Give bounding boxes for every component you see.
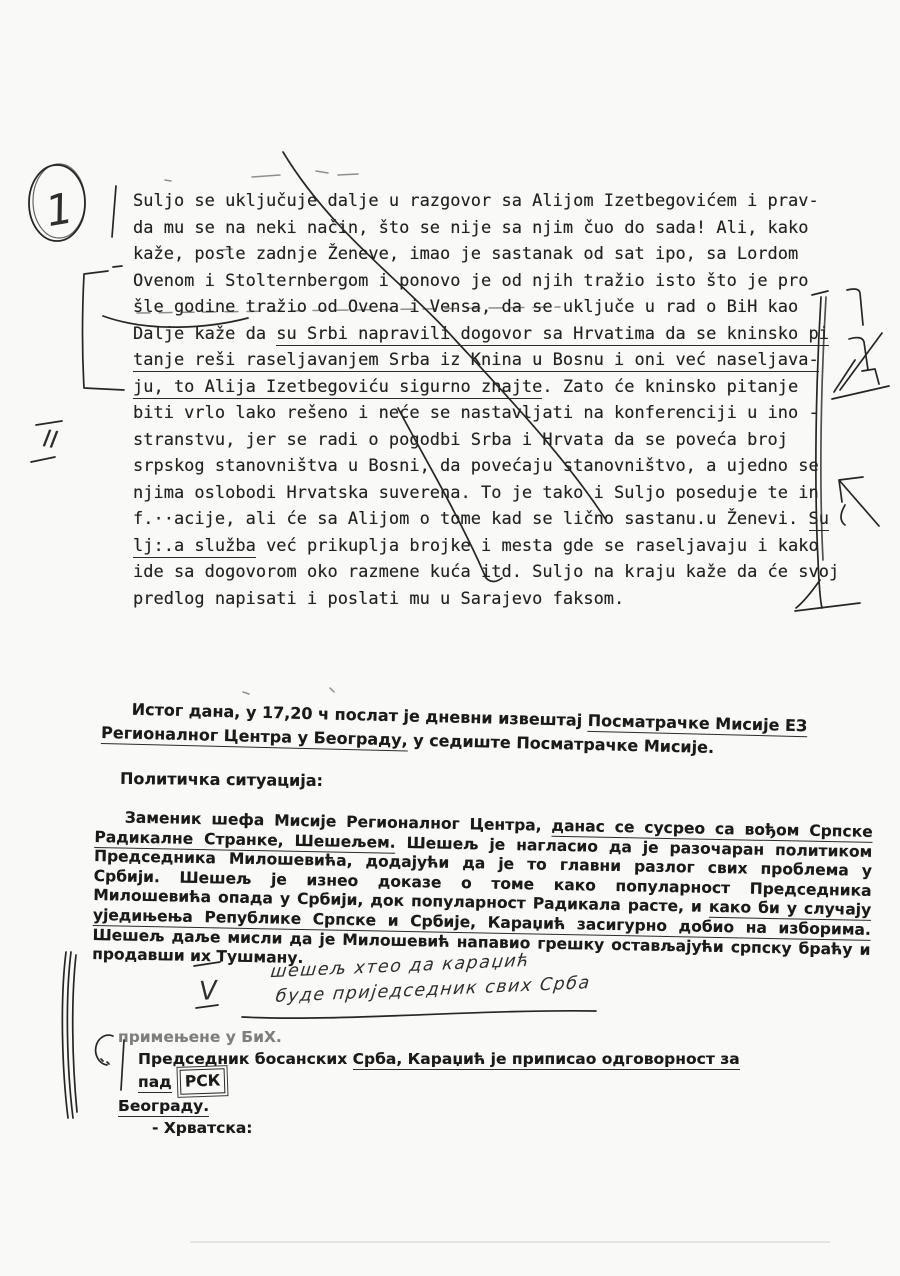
text-segment: su Srbi napravili dogovor sa Hrvatima da… — [276, 324, 829, 346]
margin-tick — [112, 186, 116, 237]
text-line: šle godine tražio od Ovena i Vensa, da s… — [133, 294, 878, 321]
text-line: srpskog stanovništva u Bosni, da povećaj… — [133, 453, 878, 480]
margin-numeral-II-strokes — [31, 421, 62, 462]
text-line: Ovenom i Stolternbergom i ponovo je od n… — [133, 268, 878, 295]
text-segment: kaže, posle zadnje Ženeve, imao je sasta… — [133, 244, 798, 264]
text-line: njima oslobodi Hrvatska suverena. To je … — [133, 480, 878, 507]
text-segment: f.··acije, ali će sa Alijom o tome kad s… — [133, 509, 809, 529]
text-segment: Председник босанских — [138, 1050, 353, 1068]
boxed-text: РСК — [179, 1068, 225, 1095]
text-line: Dalje kaže da su Srbi napravili dogovor … — [133, 321, 878, 348]
bottom-section: примењене у БиХ.Председник босанских Срб… — [118, 1026, 778, 1139]
text-segment: ide sa dogovorom oko razmene kuća itd. S… — [133, 562, 839, 582]
text-segment: biti vrlo lako rešeno i neće se nastavlj… — [133, 403, 819, 423]
text-segment: srpskog stanovništva u Bosni, da povećaj… — [133, 456, 819, 476]
text-line: stranstvu, jer se radi o pogodbi Srba i … — [133, 427, 878, 454]
page-number-text: 1 — [42, 183, 77, 236]
text-segment: - Хрватска: — [152, 1119, 253, 1137]
text-line: kaže, posle zadnje Ženeve, imao je sasta… — [133, 241, 878, 268]
text-line: ide sa dogovorom oko razmene kuća itd. S… — [133, 559, 878, 586]
daily-report-header: Истог дана, у 17,20 ч послат је дневни и… — [101, 697, 812, 762]
scanned-document-page: Suljo se uključuje dalje u razgovor sa A… — [0, 0, 900, 1276]
margin-numeral-V-strokes — [194, 962, 220, 1008]
text-segment: tanje reši raseljavanjem Srba iz Knina u… — [133, 350, 819, 372]
text-line: Председник босанских Срба, Караџић је пр… — [118, 1048, 778, 1095]
text-segment: predlog napisati i poslati mu u Sarajevo… — [133, 589, 624, 609]
text-segment: već prikuplja brojke i mesta gde se rase… — [256, 536, 819, 556]
text-segment: примењене у БиХ. — [118, 1028, 282, 1046]
text-segment: Su — [809, 509, 829, 531]
circle-around-page-number-second-stroke — [33, 164, 85, 238]
typed-report-block: Suljo se uključuje dalje u razgovor sa A… — [133, 188, 878, 612]
text-segment: Ovenom i Stolternbergom i ponovo je od n… — [133, 271, 809, 291]
text-segment: njima oslobodi Hrvatska suverena. To je … — [133, 483, 819, 503]
text-line: ju, to Alija Izetbegoviću sigurno znajte… — [133, 374, 878, 401]
text-segment: da mu se na neki način, što se nije sa n… — [133, 218, 809, 238]
scan-smudge-line — [190, 1241, 830, 1243]
text-line: da mu se na neki način, što se nije sa n… — [133, 215, 878, 242]
left-bracket — [83, 266, 125, 390]
handwritten-note-underline — [242, 1011, 596, 1018]
text-line: tanje reši raseljavanjem Srba iz Knina u… — [133, 347, 878, 374]
margin-numeral-V: V — [198, 976, 220, 1007]
left-thick-vertical-mark — [62, 952, 77, 1118]
text-line: predlog napisati i poslati mu u Sarajevo… — [133, 586, 878, 613]
text-line: lj:.a služba već prikuplja brojke i mest… — [133, 533, 878, 560]
text-segment: stranstvu, jer se radi o pogodbi Srba i … — [133, 430, 788, 450]
text-segment: Београду. — [118, 1097, 209, 1117]
text-segment: Регионалног Центра у Београду, — [101, 723, 408, 751]
text-line: biti vrlo lako rešeno i neće se nastavlj… — [133, 400, 878, 427]
margin-numeral-II: II — [41, 424, 60, 454]
text-segment: lj:.a služba — [133, 536, 256, 558]
text-line: примењене у БиХ. — [118, 1026, 778, 1048]
text-line: Suljo se uključuje dalje u razgovor sa A… — [133, 188, 878, 215]
text-segment: ju, to Alija Izetbegoviću sigurno znajte — [133, 377, 542, 399]
circle-around-page-number — [29, 165, 85, 241]
text-segment: Dalje kaže da — [133, 324, 276, 344]
text-segment: šle godine tražio od Ovena i Vensa, da s… — [133, 297, 798, 317]
text-segment: Suljo se uključuje dalje u razgovor sa A… — [133, 191, 819, 211]
text-segment: . Zato će kninsko pitanje — [542, 377, 798, 397]
text-line: - Хрватска: — [118, 1117, 778, 1139]
text-line: f.··acije, ali će sa Alijom o tome kad s… — [133, 506, 878, 533]
political-situation-heading: Политичка ситуација: — [120, 769, 323, 790]
text-segment: у седиште Посматрачке Мисије. — [407, 730, 714, 756]
text-line: Београду. — [118, 1095, 778, 1117]
